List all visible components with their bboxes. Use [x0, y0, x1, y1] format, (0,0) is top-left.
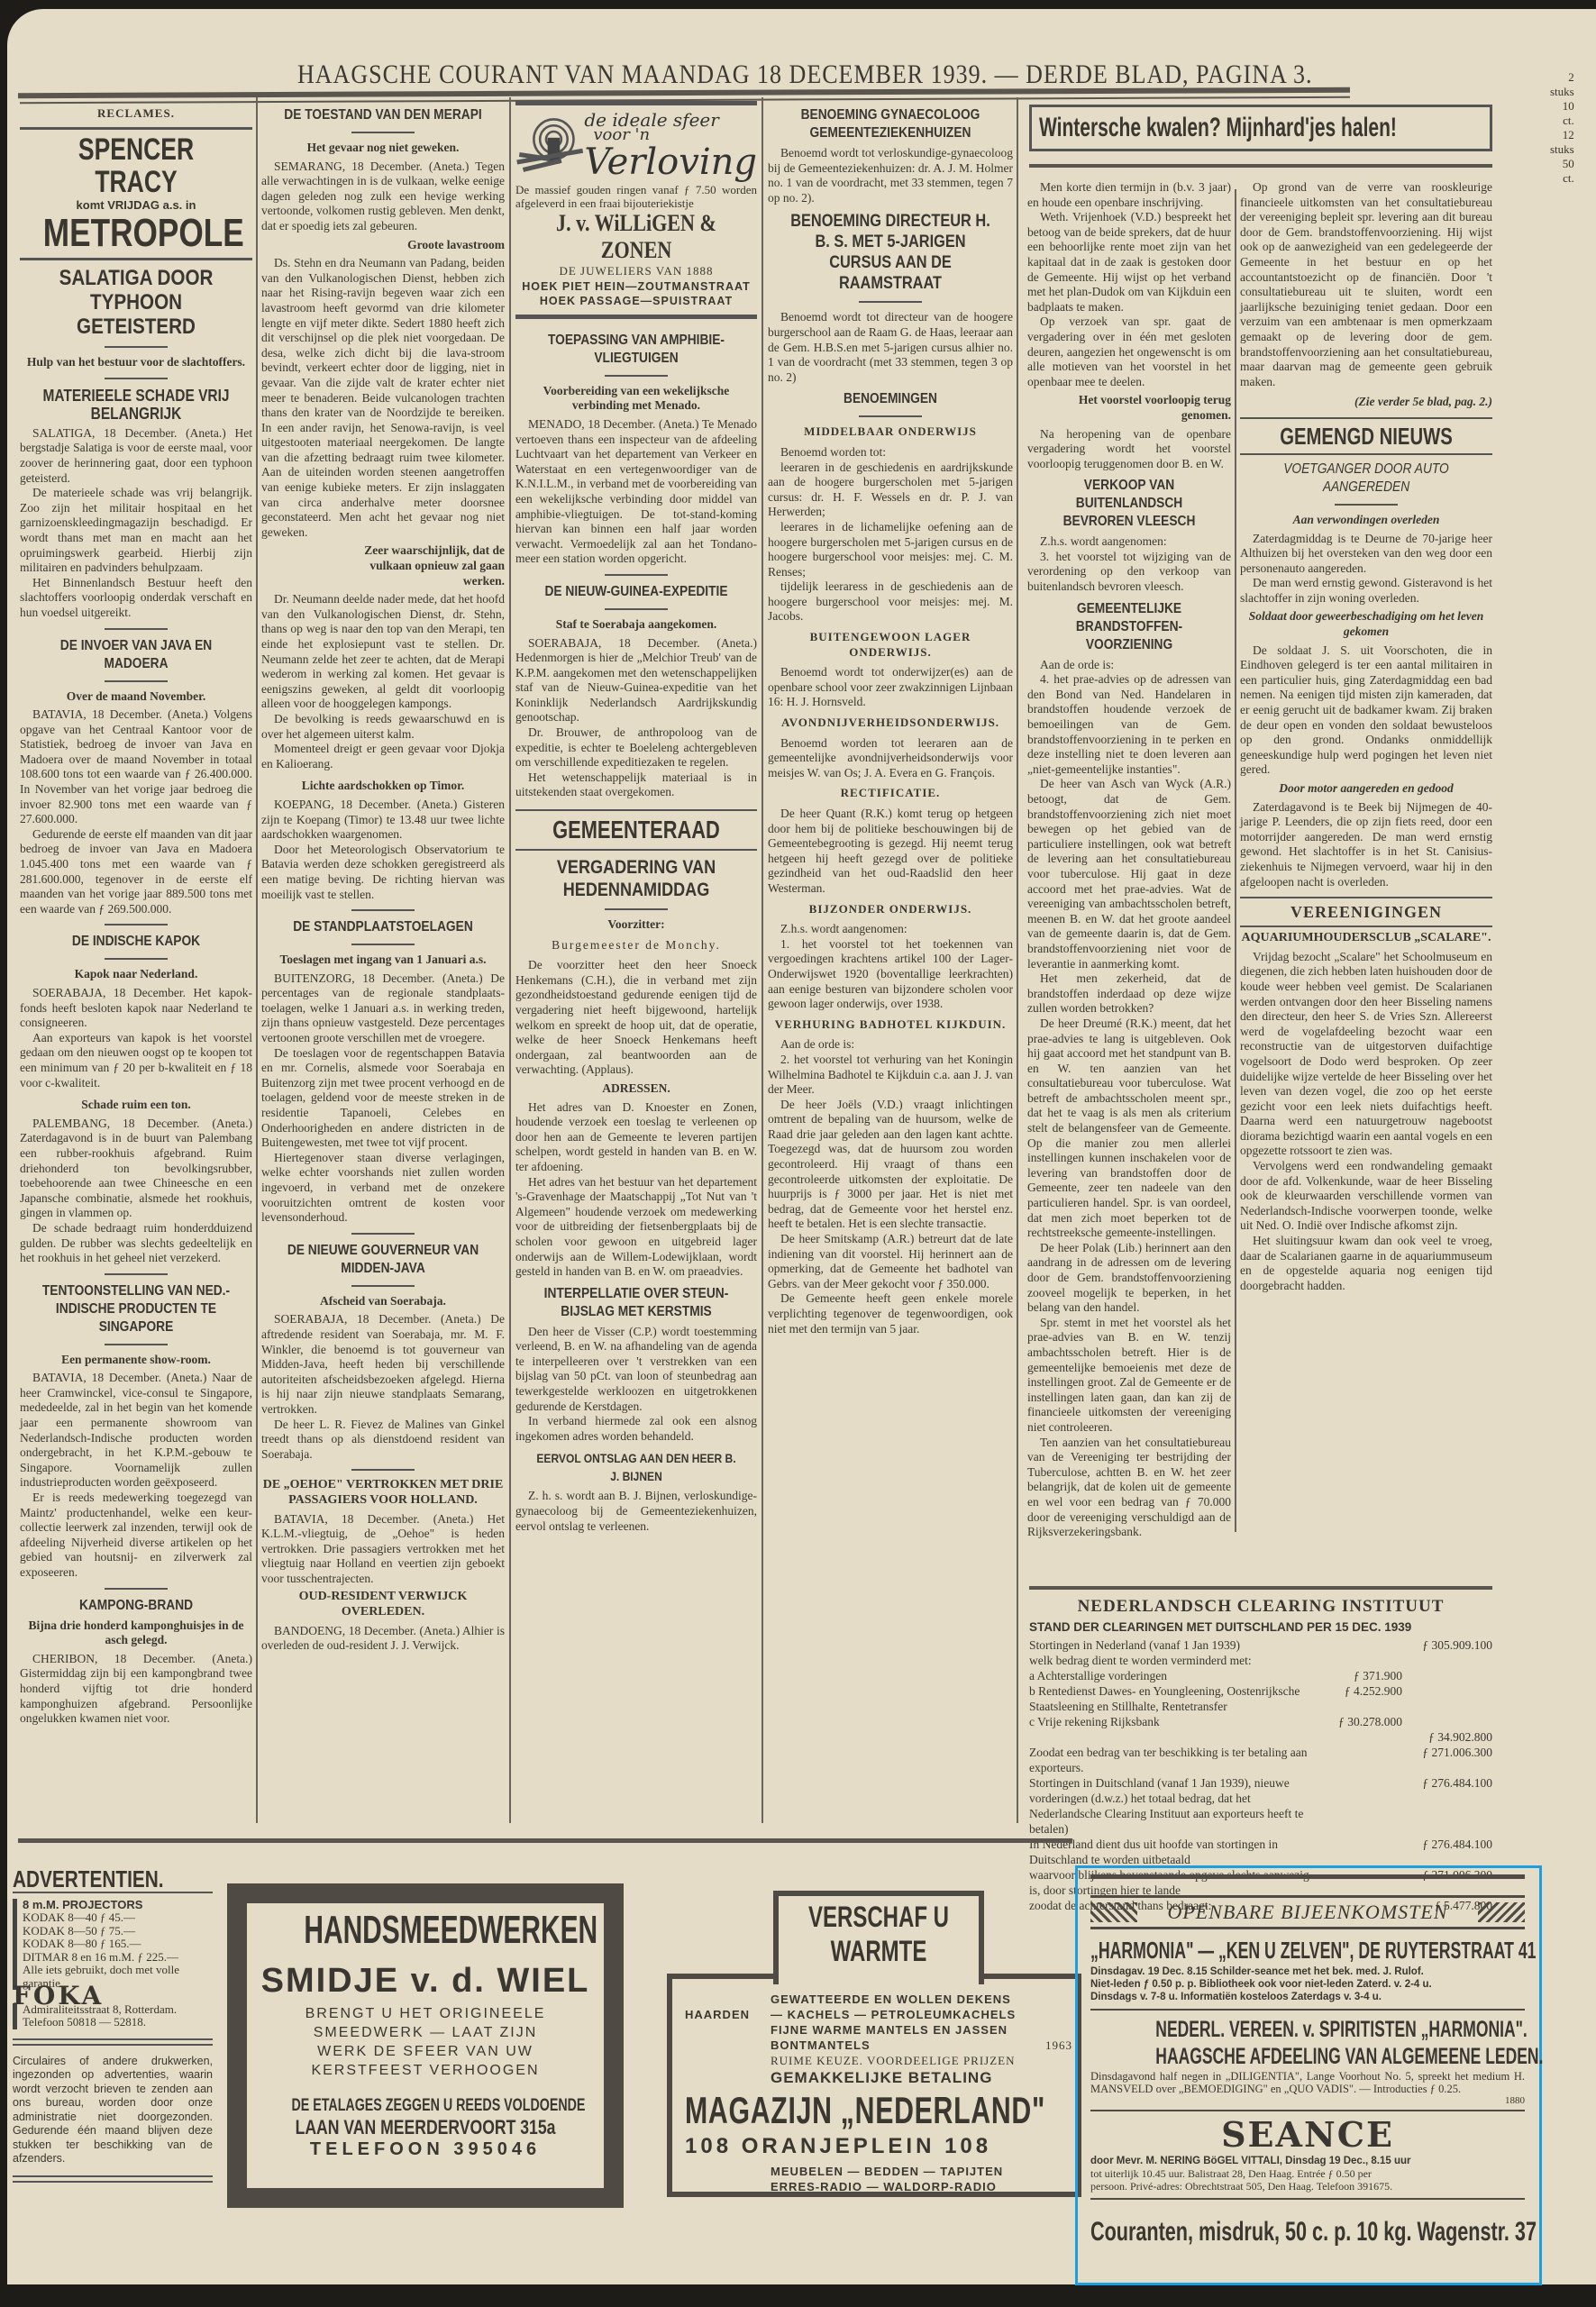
advertentien-block: ADVERTENTIEN. 8 m.M. PROJECTORS KODAK 8—…	[13, 1873, 213, 2192]
paragraph: Aan de orde is:	[768, 1037, 1013, 1053]
paragraph: BATAVIA, 18 December. (Aneta.) Het K.L.M…	[261, 1512, 505, 1587]
ad-smidje: HANDSMEEDWERKEN SMIDJE v. d. WIEL BRENGT…	[227, 1883, 624, 2208]
ad-metropole: SPENCER TRACY komt VRIJDAG a.s. in METRO…	[20, 127, 252, 261]
paragraph: BUITENZORG, 18 December. (Aneta.) De per…	[261, 971, 505, 1046]
paragraph: Het sluitingsuur kwam dan ook veel te vr…	[1240, 1234, 1492, 1293]
paragraph: De schade bedraagt ruim honderdduizend g…	[20, 1221, 252, 1266]
paragraph: SOERABAJA, 18 December. (Aneta.) Hedenmo…	[515, 636, 757, 726]
ad-couranten: Couranten, misdruk, 50 c. p. 10 kg. Wage…	[1090, 2217, 1537, 2248]
headline: DE NIEUWE GOUVERNEUR VAN MIDDEN-JAVA	[278, 1242, 488, 1278]
paragraph: BANDOENG, 18 December. (Aneta.) Alhier i…	[261, 1624, 505, 1654]
paragraph: leeraren in de geschiedenis en aardrijks…	[768, 460, 1013, 520]
clearing-row: Stortingen in Duitschland (vanaf 1 Jan 1…	[1029, 1775, 1492, 1837]
clearing-subtitle: STAND DER CLEARINGEN MET DUITSCHLAND PER…	[1029, 1620, 1492, 1634]
ad-foka: 8 m.M. PROJECTORS KODAK 8—40 ƒ 45.—KODAK…	[13, 1899, 213, 1991]
paragraph: De bevolking is reeds gewaarschuwd en is…	[261, 712, 505, 742]
hatch-decoration	[1478, 1902, 1525, 1922]
column-2: DE TOESTAND VAN DEN MERAPI Het gevaar no…	[261, 101, 505, 1654]
headline: BENOEMING DIRECTEUR H. B. S. MET 5-JARIG…	[785, 211, 996, 294]
headline: BENOEMING GYNAECOLOOG GEMEENTEZIEKENHUIZ…	[785, 106, 996, 142]
hatch-decoration	[1090, 1902, 1137, 1922]
paragraph: 1. het voorstel tot het toekennen van ve…	[768, 937, 1013, 1012]
paragraph: De man werd ernstig gewond. Gisteravond …	[1240, 576, 1492, 606]
paragraph: Aan de orde is:	[1027, 658, 1231, 673]
paragraph: Weth. Vrijenhoek (V.D.) bespreekt het be…	[1027, 210, 1231, 315]
column-6: Op grond van de verre van rooskleurige f…	[1240, 180, 1492, 1293]
paragraph: Z.h.s. wordt aangenomen:	[1027, 534, 1231, 550]
paragraph: 2. het voorstel tot verhuring van het Ko…	[768, 1053, 1013, 1098]
paragraph: Het adres van D. Knoester en Zonen, houd…	[515, 1100, 757, 1175]
paragraph: De heer van Asch van Wyck (A.R.) betoogt…	[1027, 777, 1231, 971]
paragraph: leerares in de lichamelijke oefening aan…	[768, 520, 1013, 579]
paragraph: Zaterdagmiddag is te Deurne de 70-jarige…	[1240, 532, 1492, 577]
openbare-bijeenkomsten: OPENBARE BIJEENKOMSTEN „HARMONIA" — „KEN…	[1090, 1874, 1525, 2205]
paragraph: Benoemd wordt tot verloskundige-gynaecol…	[768, 146, 1013, 205]
headline: TOEPASSING VAN AMPHIBIE-VLIEGTUIGEN	[533, 332, 740, 368]
paragraph: Z.h.s. wordt aangenomen:	[768, 922, 1013, 937]
ad-verloving: de ideale sfeer voor 'n Verloving De mas…	[515, 101, 757, 319]
paragraph: Op verzoek van spr. gaat de vergadering …	[1027, 315, 1231, 389]
seance-heading: SEANCE	[1090, 2115, 1525, 2155]
column-divider	[509, 97, 511, 1823]
headline: DE NIEUW-GUINEA-EXPEDITIE	[533, 583, 740, 601]
paragraph: De soldaat J. S. uit Voorschoten, die in…	[1240, 643, 1492, 778]
paragraph: BATAVIA, 18 December. (Aneta.) Volgens o…	[20, 707, 252, 827]
paragraph: Den heer de Visser (C.P.) wordt toestemm…	[515, 1325, 757, 1415]
banner-vereenigingen: VEREENIGINGEN	[1240, 898, 1492, 926]
foka-brand: FOKA	[13, 1990, 213, 2003]
banner-gemengd-nieuws: GEMENGD NIEUWS	[1268, 419, 1464, 453]
column-4: BENOEMING GYNAECOLOOG GEMEENTEZIEKENHUIZ…	[768, 101, 1013, 1336]
paragraph: 3. het voorstel tot wijziging van de ver…	[1027, 550, 1231, 595]
paragraph: Op grond van de verre van rooskleurige f…	[1240, 180, 1492, 389]
paragraph: Men korte dien termijn in (b.v. 3 jaar) …	[1027, 180, 1231, 210]
ad-mijnhardtjes: Wintersche kwalen? Mijnhard'jes halen! 2…	[1029, 105, 1492, 151]
paragraph: Benoemd worden tot:	[768, 445, 1013, 460]
headline: SALATIGA DOOR TYPHOON GETEISTERD	[36, 266, 236, 339]
paragraph: Dr. Brouwer, de anthropoloog van de expe…	[515, 725, 757, 771]
paragraph: SOERABAJA, 18 December. Het kapok-fonds …	[20, 986, 252, 1031]
paragraph: CHERIBON, 18 December. (Aneta.) Gistermi…	[20, 1652, 252, 1727]
paragraph: Er is reeds medewerking toegezegd van Ma…	[20, 1491, 252, 1581]
paragraph: Vrijdag bezocht „Scalare" het Schoolmuse…	[1240, 950, 1492, 1159]
candle-icon	[515, 111, 584, 183]
paragraph: De heer L. R. Fievez de Malines van Gink…	[261, 1418, 505, 1463]
paragraph: Benoemd wordt tot directeur van de hooge…	[768, 310, 1013, 385]
paragraph: De heer Smitskamp (A.R.) betreurt dat de…	[768, 1232, 1013, 1291]
paragraph: PALEMBANG, 18 December. (Aneta.) Zaterda…	[20, 1117, 252, 1221]
paragraph: SOERABAJA, 18 December. (Aneta.) De aftr…	[261, 1312, 505, 1417]
clearing-title: NEDERLANDSCH CLEARING INSTITUUT	[1029, 1597, 1492, 1617]
paragraph: SALATIGA, 18 December. (Aneta.) Het berg…	[20, 426, 252, 486]
paragraph: Het Binnenlandsch Bestuur heeft den slac…	[20, 576, 252, 621]
paragraph: Aan exporteurs van kapok is het voorstel…	[20, 1031, 252, 1090]
paragraph: De heer Joëls (V.D.) vraagt inlichtingen…	[768, 1098, 1013, 1232]
paragraph: BATAVIA, 18 December. (Aneta.) Naar de h…	[20, 1371, 252, 1491]
clearing-row: ƒ 34.902.800	[1029, 1729, 1492, 1745]
paragraph: Ds. Stehn en dra Neumann van Padang, bei…	[261, 256, 505, 540]
advertentien-heading: ADVERTENTIEN.	[13, 1873, 173, 1886]
paragraph: Momenteel dreigt er geen gevaar voor Djo…	[261, 742, 505, 771]
headline: VERKOOP VAN BUITENLANDSCH BEVROREN VLEES…	[1042, 477, 1217, 531]
section-header: OPENBARE BIJEENKOMSTEN	[1137, 1901, 1478, 1924]
harmonia-heading: „HARMONIA" — „KEN U ZELVEN", DE RUYTERST…	[1090, 1935, 1386, 1965]
paragraph: De heer Polak (Lib.) herinnert aan den a…	[1027, 1241, 1231, 1316]
headline: DE TOESTAND VAN DEN MERAPI	[278, 106, 488, 124]
paragraph: De materieele schade was vrij belangrijk…	[20, 486, 252, 576]
paragraph: SEMARANG, 18 December. (Aneta.) Tegen al…	[261, 160, 505, 234]
paragraph: KOEPANG, 18 December. (Aneta.) Gisteren …	[261, 798, 505, 843]
paragraph: 4. het prae-advies op de adressen van de…	[1027, 672, 1231, 777]
paragraph: Dr. Neumann deelde nader mede, dat het h…	[261, 592, 505, 712]
paragraph: Ten aanzien van het consultatiebureau va…	[1027, 1436, 1231, 1540]
clearing-row: c Vrije rekening Rijksbankƒ 30.278.000	[1029, 1714, 1492, 1729]
paragraph: Hiertegenover staan diverse verlagingen,…	[261, 1151, 505, 1226]
banner-gemeenteraad: GEMEENTERAAD	[515, 809, 757, 851]
masthead: HAAGSCHE COURANT VAN MAANDAG 18 DECEMBER…	[297, 59, 1312, 91]
paragraph: De voorzitter heet den heer Snoeck Henke…	[515, 958, 757, 1078]
paragraph: Het men zekerheid, dat de brandstoffen i…	[1027, 971, 1231, 1017]
column-1: RECLAMES. SPENCER TRACY komt VRIJDAG a.s…	[20, 101, 252, 1727]
paragraph: De heer Dreumé (R.K.) meent, dat het pra…	[1027, 1017, 1231, 1241]
clearing-row: b Rentedienst Dawes- en Youngleening, Oo…	[1029, 1683, 1492, 1714]
paragraph: De Gemeente heeft geen enkele morele ver…	[768, 1291, 1013, 1336]
reclames-label: RECLAMES.	[20, 106, 252, 122]
column-divider	[762, 97, 763, 1823]
clearing-row: a Achterstallige vorderingenƒ 371.900	[1029, 1668, 1492, 1683]
headline: BENOEMINGEN	[785, 390, 996, 408]
paragraph: Na heropening van de openbare vergaderin…	[1027, 427, 1231, 472]
headline: TENTOONSTELLING VAN NED.-INDISCHE PRODUC…	[36, 1282, 236, 1336]
paragraph: MENADO, 18 December. (Aneta.) Te Menado …	[515, 417, 757, 567]
paragraph: Spr. stemt in met het voorstel als het p…	[1027, 1316, 1231, 1436]
headline: GEMEENTELIJKE BRANDSTOFFEN-VOORZIENING	[1042, 600, 1217, 654]
headline: DE INDISCHE KAPOK	[36, 933, 236, 951]
paragraph: Gedurende de eerste elf maanden van dit …	[20, 827, 252, 917]
ad-magazijn-nederland: VERSCHAF U WARMTE GEWATTEERDE EN WOLLEN …	[658, 1891, 1081, 2197]
clearing-row: welk bedrag dient te worden verminderd m…	[1029, 1653, 1492, 1668]
clearing-row: Zoodat een bedrag van ter beschikking is…	[1029, 1745, 1492, 1775]
clearing-row: In Nederland dient dus uit hoofde van st…	[1029, 1837, 1492, 1867]
column-divider	[256, 97, 258, 1823]
paragraph: In verband hiermede zal ook een alsnog i…	[515, 1414, 757, 1444]
headline: KAMPONG-BRAND	[36, 1597, 236, 1615]
firm-name: J. v. WiLLiGEN & ZONEN	[534, 210, 739, 264]
column-3: de ideale sfeer voor 'n Verloving De mas…	[515, 101, 757, 1534]
column-divider	[1017, 97, 1018, 1823]
headline: DE STANDPLAATSTOELAGEN	[278, 918, 488, 936]
column-5: Men korte dien termijn in (b.v. 3 jaar) …	[1027, 180, 1231, 1540]
paragraph: De toeslagen voor de regentschappen Bata…	[261, 1046, 505, 1151]
article-body: SALATIGA, 18 December. (Aneta.) Het berg…	[20, 426, 252, 621]
paragraph: Vervolgens werd een rondwandeling gemaak…	[1240, 1159, 1492, 1234]
headline: DE INVOER VAN JAVA EN MADOERA	[36, 637, 236, 673]
continued-note: (Zie verder 5e blad, pag. 2.)	[1240, 395, 1492, 410]
paragraph: Z. h. s. wordt aan B. J. Bijnen, verlosk…	[515, 1489, 757, 1534]
paragraph: Zaterdagavond is te Beek bij Nijmegen de…	[1240, 800, 1492, 890]
paragraph: Benoemd wordt tot onderwijzer(es) aan de…	[768, 665, 1013, 710]
column-divider	[1235, 189, 1236, 1532]
paragraph: Het adres van het bestuur van het depart…	[515, 1175, 757, 1280]
paragraph: tijdelijk leeraress in de geschiedenis a…	[768, 579, 1013, 625]
clearing-row: Stortingen in Nederland (vanaf 1 Jan 193…	[1029, 1637, 1492, 1653]
paragraph: De heer Quant (R.K.) komt terug op hetge…	[768, 807, 1013, 897]
circulaires-notice: Circulaires of andere drukwerken, ingezo…	[13, 2055, 213, 2166]
paragraph: Benoemd worden tot leeraren aan de gemee…	[768, 736, 1013, 781]
paragraph: Door het Meteorologisch Observatorium te…	[261, 843, 505, 902]
paragraph: Het wetenschappelijk materiaal is in uit…	[515, 771, 757, 800]
